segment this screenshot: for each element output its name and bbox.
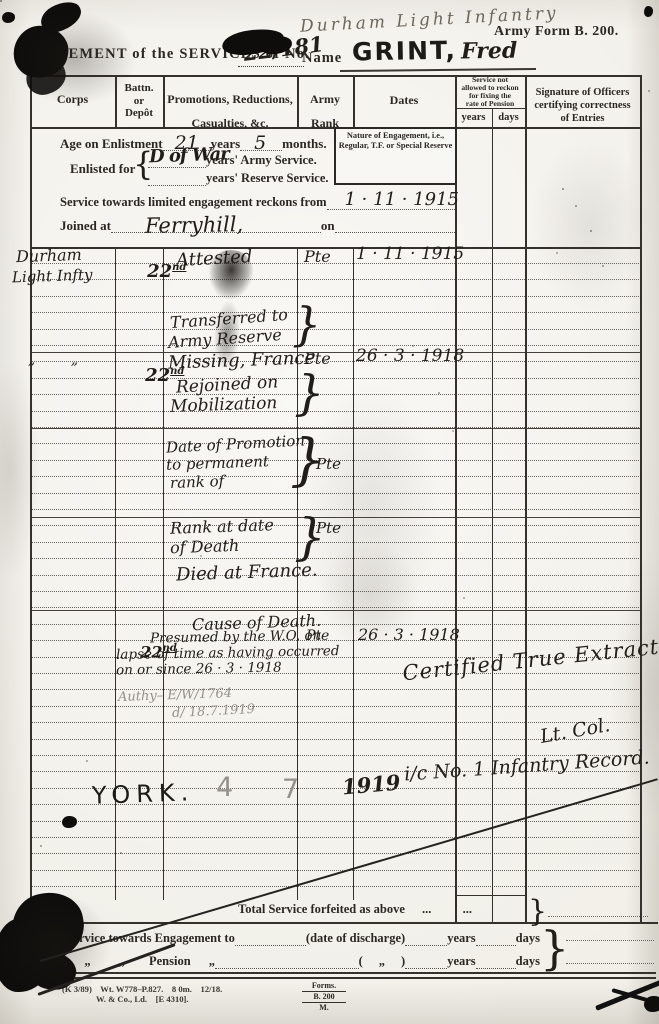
reckons-row: Service towards limited engagement recko… — [60, 196, 455, 210]
forfeited-dots: ... ... — [422, 902, 472, 916]
totals-trailing-line2 — [566, 963, 654, 964]
entry4-line2: Mobilization — [170, 395, 278, 416]
ruled-line — [30, 509, 641, 510]
ink-blot — [2, 12, 15, 23]
name-value: GRINT, Fred — [352, 35, 518, 67]
ruled-line — [30, 853, 641, 854]
enlisted-value: D of War — [149, 146, 229, 167]
entry5-line2: to permanent — [166, 454, 269, 473]
totals-brace: } — [540, 925, 569, 971]
ink-blot — [62, 816, 77, 828]
entry8-date: 26 · 3 · 1918 — [358, 627, 460, 643]
ruled-line — [30, 296, 641, 297]
ruled-line — [30, 591, 641, 592]
joined-place: Ferryhill, — [145, 214, 243, 237]
section-rule — [30, 610, 641, 611]
ruled-line — [30, 542, 641, 543]
ruled-line — [30, 821, 641, 822]
entry5-rank: Pte — [316, 457, 341, 472]
army-form-b200-document: Durham Light Infantry Army Form B. 200. … — [0, 0, 659, 1024]
pension-grid-rule — [455, 895, 525, 896]
entry6-line2: of Death — [170, 538, 240, 556]
entry3-corps-ditto: „ „ — [28, 353, 78, 367]
entry7-event: Died at France. — [176, 562, 318, 585]
engagement-years-fill — [405, 942, 447, 946]
bottom-double-rule-1 — [28, 972, 656, 974]
engagement-days-label: days — [516, 932, 540, 946]
enlisted-for-label: Enlisted for — [70, 162, 135, 177]
entry6-line1: Rank at date — [170, 517, 274, 537]
ruled-line — [30, 443, 641, 444]
totals-trailing-line1 — [566, 940, 654, 941]
engagement-years-label: years — [447, 932, 475, 946]
age-months-value: 5 — [254, 134, 266, 153]
entry3-battn-num: 22 — [145, 365, 170, 386]
name-label: Name — [302, 50, 342, 67]
ruled-line — [30, 427, 641, 428]
ruled-line — [30, 329, 641, 330]
ruled-line — [30, 837, 641, 838]
entry1-corps-line1: Durham — [16, 247, 82, 265]
reckons-date: 1 · 11 · 1915 — [345, 191, 460, 209]
forms-ref-line1: Forms. — [302, 981, 346, 992]
pension-days-label: days — [516, 955, 540, 969]
forfeited-label: Total Service forfeited as above — [238, 902, 405, 916]
entry3-date: 26 · 3 · 1918 — [356, 348, 464, 365]
entry2-brace: } — [292, 301, 321, 347]
ruled-line — [30, 607, 641, 608]
joined-label: Joined at — [60, 219, 111, 233]
pension-years-fill — [405, 965, 447, 969]
stamp-day: 4 — [216, 772, 233, 803]
stamp-year: 1919 — [341, 771, 401, 797]
table-top-rule — [30, 75, 641, 77]
ruled-line — [30, 558, 641, 559]
ruled-line — [30, 870, 641, 871]
entry1-date: 1 · 11 · 1915 — [356, 246, 464, 263]
forfeited-row: Total Service forfeited as above ... ... — [238, 902, 472, 916]
ruled-line — [30, 575, 641, 576]
entry5-line1: Date of Promotion — [166, 433, 306, 455]
ruled-line — [30, 706, 641, 707]
col-signature: Signature of Officers certifying correct… — [525, 86, 640, 125]
printer-imprint-line2: W. & Co., Ld. [E 4310]. — [96, 995, 189, 1005]
pension-date-fill — [215, 965, 359, 969]
ruled-line — [30, 312, 641, 313]
name-forename: Fred — [461, 38, 518, 65]
ink-speck — [644, 6, 653, 17]
pension-subheader-rule — [455, 108, 525, 109]
section-rule — [30, 428, 641, 429]
ruled-line — [30, 886, 641, 887]
reckons-fill: 1 · 11 · 1915 — [327, 206, 456, 210]
pension-paren-ditto: „ — [379, 955, 385, 969]
entry8-line3: on or since 26 · 3 · 1918 — [116, 662, 282, 678]
forfeited-trailing-line — [548, 916, 648, 917]
col-battn: Battn. or Depôt — [115, 82, 163, 120]
stamp-place: YORK. — [92, 778, 195, 810]
reserve-service-label: years' Reserve Service. — [206, 172, 329, 186]
joined-on-label: on — [321, 219, 335, 233]
entry4-brace: } — [294, 369, 325, 417]
paper-speckles — [0, 0, 2, 2]
service-number-underline — [238, 66, 304, 67]
ruled-line — [30, 411, 641, 412]
ruled-line — [30, 722, 641, 723]
entry1-rank: Pte — [304, 249, 331, 265]
pension-years-label: years — [447, 955, 475, 969]
discharge-label: (date of discharge) — [306, 932, 405, 946]
pension-days-fill — [476, 965, 516, 969]
engagement-date-fill — [235, 942, 306, 946]
entry1-battn-num: 22 — [147, 261, 172, 282]
ruled-line — [30, 345, 641, 346]
name-underline — [340, 68, 536, 72]
stain — [530, 140, 650, 310]
engagement-days-fill — [476, 942, 516, 946]
name-surname: GRINT, — [352, 36, 457, 67]
reckons-label: Service towards limited engagement recko… — [60, 196, 327, 210]
reserve-service-row: years' Reserve Service. — [148, 172, 334, 186]
column-divider — [492, 108, 493, 922]
nature-of-engagement-box: Nature of Engagement, i.e., Regular, T.F… — [334, 127, 457, 185]
table-left-border — [30, 75, 32, 922]
entry1-corps-line2: Light Infty — [12, 268, 93, 286]
certifying-officer-scrawl: Lt. Col. — [539, 716, 612, 747]
bottom-double-rule-2 — [28, 977, 656, 979]
entry6-rank: Pte — [316, 521, 341, 536]
entry8-authority-date: d/ 18.7.1919 — [172, 703, 256, 720]
pension-label: Pension — [149, 955, 191, 969]
forms-ref-line3: M. — [302, 1003, 346, 1012]
pension-paren-open: ( — [359, 955, 363, 969]
table-right-border — [640, 75, 642, 922]
entry5-line3: rank of — [170, 474, 225, 491]
reserve-service-fill — [148, 182, 206, 186]
ruled-line — [30, 394, 641, 395]
stamp-month: 7 — [282, 774, 299, 805]
ruled-line — [30, 624, 641, 625]
joined-row: Joined at Ferryhill, on — [60, 219, 455, 233]
col-pension-days: days — [492, 112, 525, 124]
col-dates: Dates — [353, 94, 455, 108]
stain — [0, 360, 40, 580]
joined-on-fill — [335, 229, 455, 233]
col-pension-years: years — [455, 112, 492, 124]
nature-of-engagement-label: Nature of Engagement, i.e., Regular, T.F… — [336, 129, 455, 151]
entry8-rank: Pte — [306, 629, 329, 643]
ruled-line — [30, 476, 641, 477]
forms-ref-line2: B. 200 — [302, 992, 346, 1003]
column-divider — [525, 75, 527, 922]
entry1-event: Attested — [176, 248, 253, 270]
age-months-label: months. — [282, 137, 326, 151]
col-promotions: Promotions, Reductions, Casualties, &c. — [163, 87, 297, 135]
col-pension: Service not allowed to reckon for fixing… — [455, 76, 525, 108]
joined-place-fill: Ferryhill, — [111, 229, 321, 233]
forms-reference-block: Forms. B. 200 M. — [302, 981, 346, 1013]
age-months-fill: 5 — [240, 147, 282, 151]
corner-mark-blob — [644, 996, 659, 1012]
ruled-line — [30, 493, 641, 494]
entry8-authority-note: Authy– E/W/1764 — [118, 687, 232, 704]
